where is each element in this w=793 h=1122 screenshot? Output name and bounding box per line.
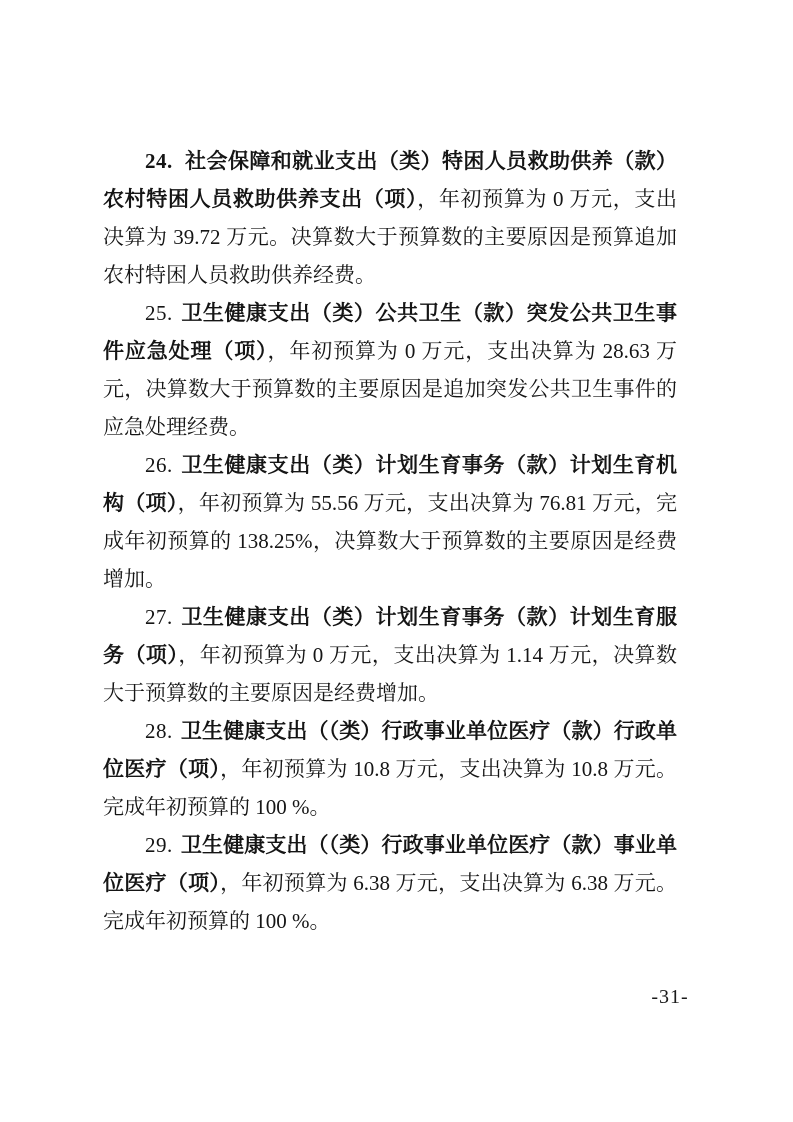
budget-paragraph-27: 27.卫生健康支出（类）计划生育事务（款）计划生育服务（项），年初预算为 0 万… <box>103 598 677 712</box>
budget-paragraph-25: 25.卫生健康支出（类）公共卫生（款）突发公共卫生事件应急处理（项），年初预算为… <box>103 294 677 446</box>
document-page: 24.社会保障和就业支出（类）特困人员救助供养（款）农村特困人员救助供养支出（项… <box>0 0 793 1122</box>
budget-paragraph-29: 29.卫生健康支出（（类）行政事业单位医疗（款）事业单位医疗（项），年初预算为 … <box>103 826 677 940</box>
paragraph-number: 29. <box>145 833 173 857</box>
paragraph-number: 24. <box>145 149 173 173</box>
page-number: -31- <box>640 986 700 1009</box>
budget-item-body: ，年初预算为 0 万元，支出决算为 1.14 万元，决算数大于预算数的主要原因是… <box>103 643 677 705</box>
budget-item-body: ，年初预算为 55.56 万元，支出决算为 76.81 万元，完成年初预算的 1… <box>103 491 677 591</box>
budget-paragraph-28: 28.卫生健康支出（（类）行政事业单位医疗（款）行政单位医疗（项），年初预算为 … <box>103 712 677 826</box>
paragraph-number: 28. <box>145 719 173 743</box>
paragraph-number: 27. <box>145 605 173 629</box>
paragraph-number: 26. <box>145 453 173 477</box>
budget-paragraph-24: 24.社会保障和就业支出（类）特困人员救助供养（款）农村特困人员救助供养支出（项… <box>103 142 677 294</box>
document-text-block: 24.社会保障和就业支出（类）特困人员救助供养（款）农村特困人员救助供养支出（项… <box>103 142 677 940</box>
paragraph-number: 25. <box>145 301 173 325</box>
budget-paragraph-26: 26.卫生健康支出（类）计划生育事务（款）计划生育机构（项），年初预算为 55.… <box>103 446 677 598</box>
